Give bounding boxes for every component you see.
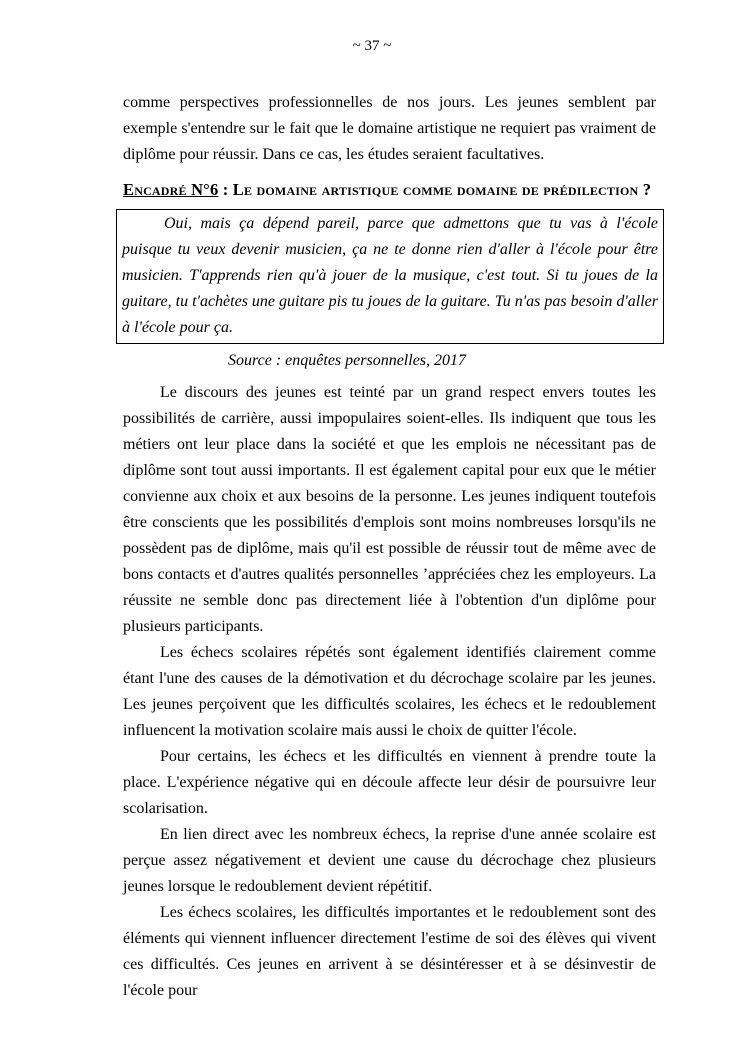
source-line: Source : enquêtes personnelles, 2017	[123, 348, 656, 374]
body-paragraph-4: En lien direct avec les nombreux échecs,…	[123, 822, 656, 900]
encadre-heading-separator: :	[218, 180, 232, 199]
body-paragraph-3: Pour certains, les échecs et les difficu…	[123, 744, 656, 822]
encadre-heading-label: Encadré N°6	[123, 180, 218, 199]
quote-text: Oui, mais ça dépend pareil, parce que ad…	[122, 211, 658, 341]
intro-paragraph: comme perspectives professionnelles de n…	[123, 90, 656, 168]
encadre-heading-title: Le domaine artistique comme domaine de p…	[233, 180, 651, 199]
document-page: ~ 37 ~ comme perspectives professionnell…	[0, 0, 744, 1053]
encadre-heading: Encadré N°6 : Le domaine artistique comm…	[123, 177, 656, 203]
quote-box: Oui, mais ça dépend pareil, parce que ad…	[116, 209, 664, 344]
body-paragraph-2: Les échecs scolaires répétés sont égalem…	[123, 640, 656, 744]
body-paragraph-5: Les échecs scolaires, les difficultés im…	[123, 900, 656, 1004]
page-content: comme perspectives professionnelles de n…	[123, 90, 656, 1004]
page-number: ~ 37 ~	[0, 0, 744, 55]
body-paragraph-1: Le discours des jeunes est teinté par un…	[123, 380, 656, 640]
